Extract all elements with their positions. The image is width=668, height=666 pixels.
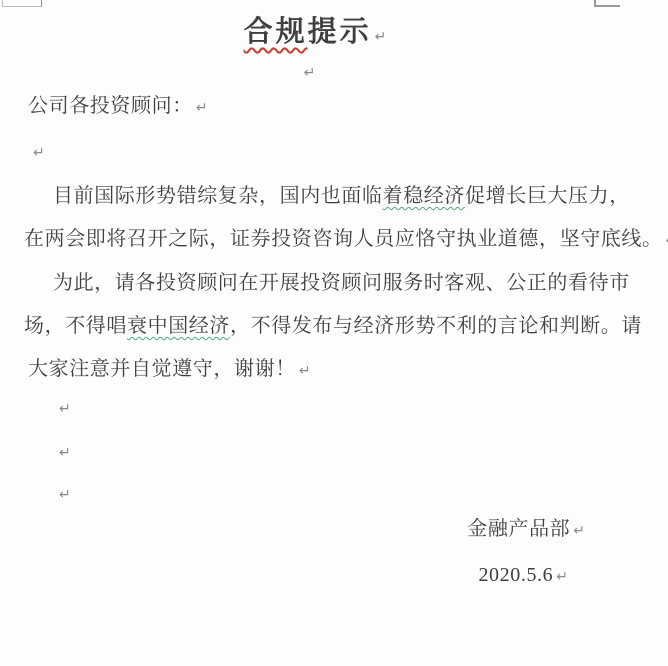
paragraph-mark-icon: ↵ xyxy=(59,401,71,417)
document-page: 合规提示↵ ↵ 公司各投资顾问：↵ ↵ 目前国际形势错综复杂，国内也面临着稳经济… xyxy=(0,0,668,666)
paragraph-mark-icon: ↵ xyxy=(33,145,45,161)
title-rest-text: 提示 xyxy=(308,16,372,48)
body-text: ，不得发布与经济形势不利的言论和判断。请 xyxy=(230,315,642,337)
signature-line: 金融产品部↵ xyxy=(467,516,585,544)
paragraph1-line2: 在两会即将召开之际，证券投资咨询人员应恪守执业道德，坚守底线。↵ xyxy=(24,226,668,254)
paragraph-mark-icon: ↵ xyxy=(556,569,568,585)
empty-paragraph: ↵ xyxy=(30,140,45,167)
document-title: 合规提示↵ xyxy=(0,14,630,55)
paragraph-mark-icon: ↵ xyxy=(196,100,208,116)
signature-text: 金融产品部 xyxy=(467,518,570,540)
margin-crop-mark-icon xyxy=(594,0,620,7)
title-misspelled-text: 合规 xyxy=(244,16,308,48)
salutation-text: 公司各投资顾问： xyxy=(28,95,193,117)
empty-paragraph: ↵ xyxy=(56,440,71,467)
paragraph-mark-icon: ↵ xyxy=(573,523,585,539)
page-corner-artifact-left xyxy=(2,0,42,7)
date-line: 2020.5.6↵ xyxy=(478,562,568,590)
salutation-line: 公司各投资顾问：↵ xyxy=(28,93,208,121)
body-text: 在两会即将召开之际，证券投资咨询人员应恪守执业道德，坚守底线。 xyxy=(24,228,663,250)
empty-paragraph: ↵ xyxy=(0,60,616,87)
paragraph-mark-icon: ↵ xyxy=(59,487,71,503)
paragraph2-line3: 大家注意并自觉遵守，谢谢！↵ xyxy=(28,356,311,384)
grammar-marked-text: 衰中国经济 xyxy=(127,315,230,337)
paragraph2-line2: 场，不得唱衰中国经济，不得发布与经济形势不利的言论和判断。请 xyxy=(24,313,642,339)
body-text: 大家注意并自觉遵守，谢谢！ xyxy=(28,358,296,380)
paragraph-mark-icon: ↵ xyxy=(375,29,387,45)
empty-paragraph: ↵ xyxy=(56,396,71,423)
grammar-marked-text: 着稳经济 xyxy=(383,185,465,207)
body-text: 促增长巨大压力， xyxy=(465,185,630,207)
date-text: 2020.5.6 xyxy=(478,564,553,586)
paragraph-mark-icon: ↵ xyxy=(304,65,316,81)
paragraph1-line1: 目前国际形势错综复杂，国内也面临着稳经济促增长巨大压力， xyxy=(24,183,630,209)
paragraph-mark-icon: ↵ xyxy=(59,445,71,461)
empty-paragraph: ↵ xyxy=(56,482,71,509)
body-text: 场，不得唱 xyxy=(24,315,127,337)
paragraph-mark-icon: ↵ xyxy=(299,363,311,379)
body-text: 目前国际形势错综复杂，国内也面临 xyxy=(53,185,383,207)
paragraph2-line1: 为此，请各投资顾问在开展投资顾问服务时客观、公正的看待市 xyxy=(24,270,630,296)
body-text: 为此，请各投资顾问在开展投资顾问服务时客观、公正的看待市 xyxy=(53,272,630,294)
